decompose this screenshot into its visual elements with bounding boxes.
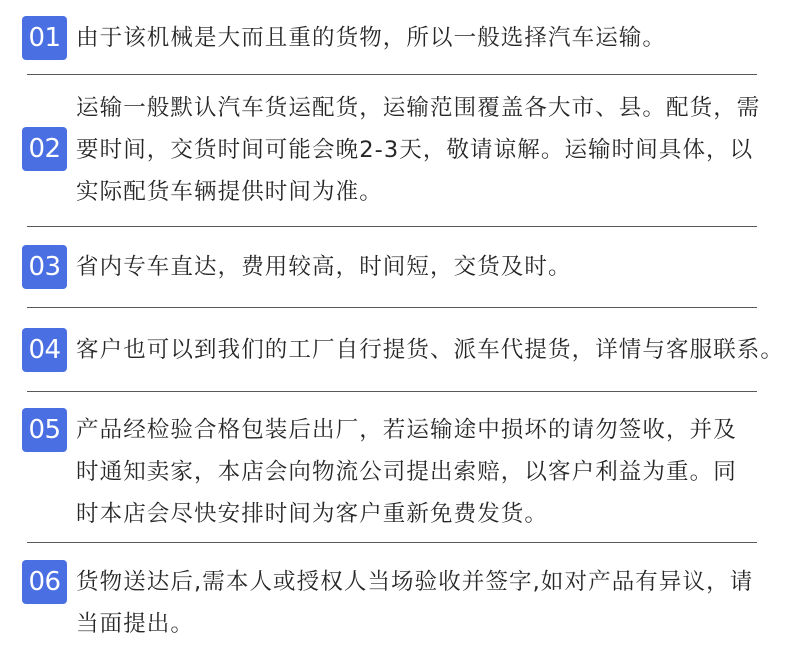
- divider: [27, 542, 757, 543]
- item-text: 客户也可以到我们的工厂自行提货、派车代提货，详情与客服联系。: [76, 329, 776, 371]
- item-number-badge: 02: [22, 127, 67, 171]
- shipping-notice-list: 01 由于该机械是大而且重的货物，所以一般选择汽车运输。 02 运输一般默认汽车…: [0, 0, 790, 653]
- item-text: 运输一般默认汽车货运配货，运输范围覆盖各大市、县。配货，需 要时间，交货时间可能…: [76, 87, 776, 213]
- divider: [27, 391, 757, 392]
- item-number-badge: 04: [22, 328, 67, 372]
- text-line: 省内专车直达，费用较高，时间短，交货及时。: [76, 246, 776, 288]
- text-line: 当面提出。: [76, 603, 776, 645]
- text-line: 由于该机械是大而且重的货物，所以一般选择汽车运输。: [76, 17, 776, 59]
- divider: [27, 226, 757, 227]
- item-text: 由于该机械是大而且重的货物，所以一般选择汽车运输。: [76, 17, 776, 59]
- item-number-badge: 05: [22, 408, 67, 452]
- text-line: 客户也可以到我们的工厂自行提货、派车代提货，详情与客服联系。: [76, 329, 776, 371]
- item-number-badge: 06: [22, 560, 67, 604]
- item-text: 产品经检验合格包装后出厂，若运输途中损坏的请勿签收，并及 时通知卖家，本店会向物…: [76, 409, 776, 535]
- text-line: 要时间，交货时间可能会晚2-3天，敬请谅解。运输时间具体，以: [76, 129, 776, 171]
- text-line: 运输一般默认汽车货运配货，运输范围覆盖各大市、县。配货，需: [76, 87, 776, 129]
- text-line: 货物送达后,需本人或授权人当场验收并签字,如对产品有异议，请: [76, 561, 776, 603]
- divider: [27, 307, 757, 308]
- text-line: 产品经检验合格包装后出厂，若运输途中损坏的请勿签收，并及: [76, 409, 776, 451]
- text-line: 时通知卖家，本店会向物流公司提出索赔，以客户利益为重。同: [76, 451, 776, 493]
- item-number-badge: 03: [22, 245, 67, 289]
- item-text: 货物送达后,需本人或授权人当场验收并签字,如对产品有异议，请 当面提出。: [76, 561, 776, 645]
- text-line: 实际配货车辆提供时间为准。: [76, 171, 776, 213]
- text-line: 时本店会尽快安排时间为客户重新免费发货。: [76, 493, 776, 535]
- divider: [27, 74, 757, 75]
- item-text: 省内专车直达，费用较高，时间短，交货及时。: [76, 246, 776, 288]
- item-number-badge: 01: [22, 16, 67, 60]
